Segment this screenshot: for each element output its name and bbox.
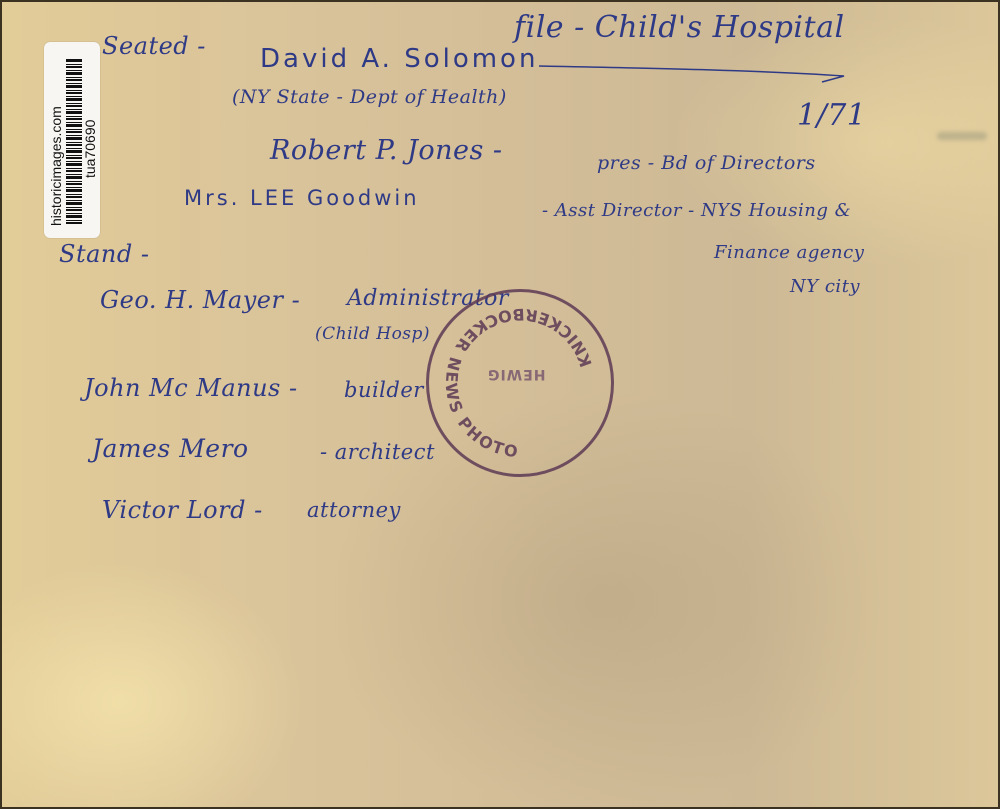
person-role: - Asst Director - NYS Housing & xyxy=(542,200,851,221)
person-role: (NY State - Dept of Health) xyxy=(232,86,507,108)
sticker-site-text: historicimages.com xyxy=(48,106,64,226)
photo-back: historicimages.com tua70690 file - Child… xyxy=(0,0,1000,809)
newspaper-photo-stamp: KNICKERBOCKER NEWS PHOTO HEWIG xyxy=(426,289,614,477)
person-role: - architect xyxy=(320,440,435,464)
person-name: John Mc Manus - xyxy=(84,374,298,402)
person-name: Victor Lord - xyxy=(102,496,263,524)
barcode-icon xyxy=(66,58,82,224)
person-role: attorney xyxy=(307,498,401,522)
person-role-cont: Finance agency xyxy=(714,242,864,263)
sticker-code-text: tua70690 xyxy=(82,120,98,178)
file-note: file - Child's Hospital xyxy=(514,10,845,45)
person-name: David A. Solomon xyxy=(260,44,538,74)
stamp-ring-text: KNICKERBOCKER NEWS PHOTO xyxy=(426,289,614,477)
person-role: pres - Bd of Directors xyxy=(597,152,816,174)
person-role: builder xyxy=(344,378,424,402)
person-role-cont: NY city xyxy=(790,276,860,297)
archive-barcode-sticker: historicimages.com tua70690 xyxy=(44,42,100,238)
person-note: (Child Hosp) xyxy=(315,324,430,344)
standing-label: Stand - xyxy=(59,240,149,268)
ink-smudge xyxy=(937,132,987,140)
person-name: Robert P. Jones - xyxy=(270,135,503,166)
person-name: Mrs. LEE Goodwin xyxy=(184,186,420,210)
person-name: James Mero xyxy=(92,434,249,463)
seated-label: Seated - xyxy=(102,32,206,60)
person-name: Geo. H. Mayer - xyxy=(100,286,300,314)
stamp-photographer: HEWIG xyxy=(487,366,545,382)
date-note: 1/71 xyxy=(797,98,866,133)
arrow-line-icon xyxy=(537,64,847,84)
svg-text:KNICKERBOCKER NEWS PHOTO: KNICKERBOCKER NEWS PHOTO xyxy=(441,305,595,462)
